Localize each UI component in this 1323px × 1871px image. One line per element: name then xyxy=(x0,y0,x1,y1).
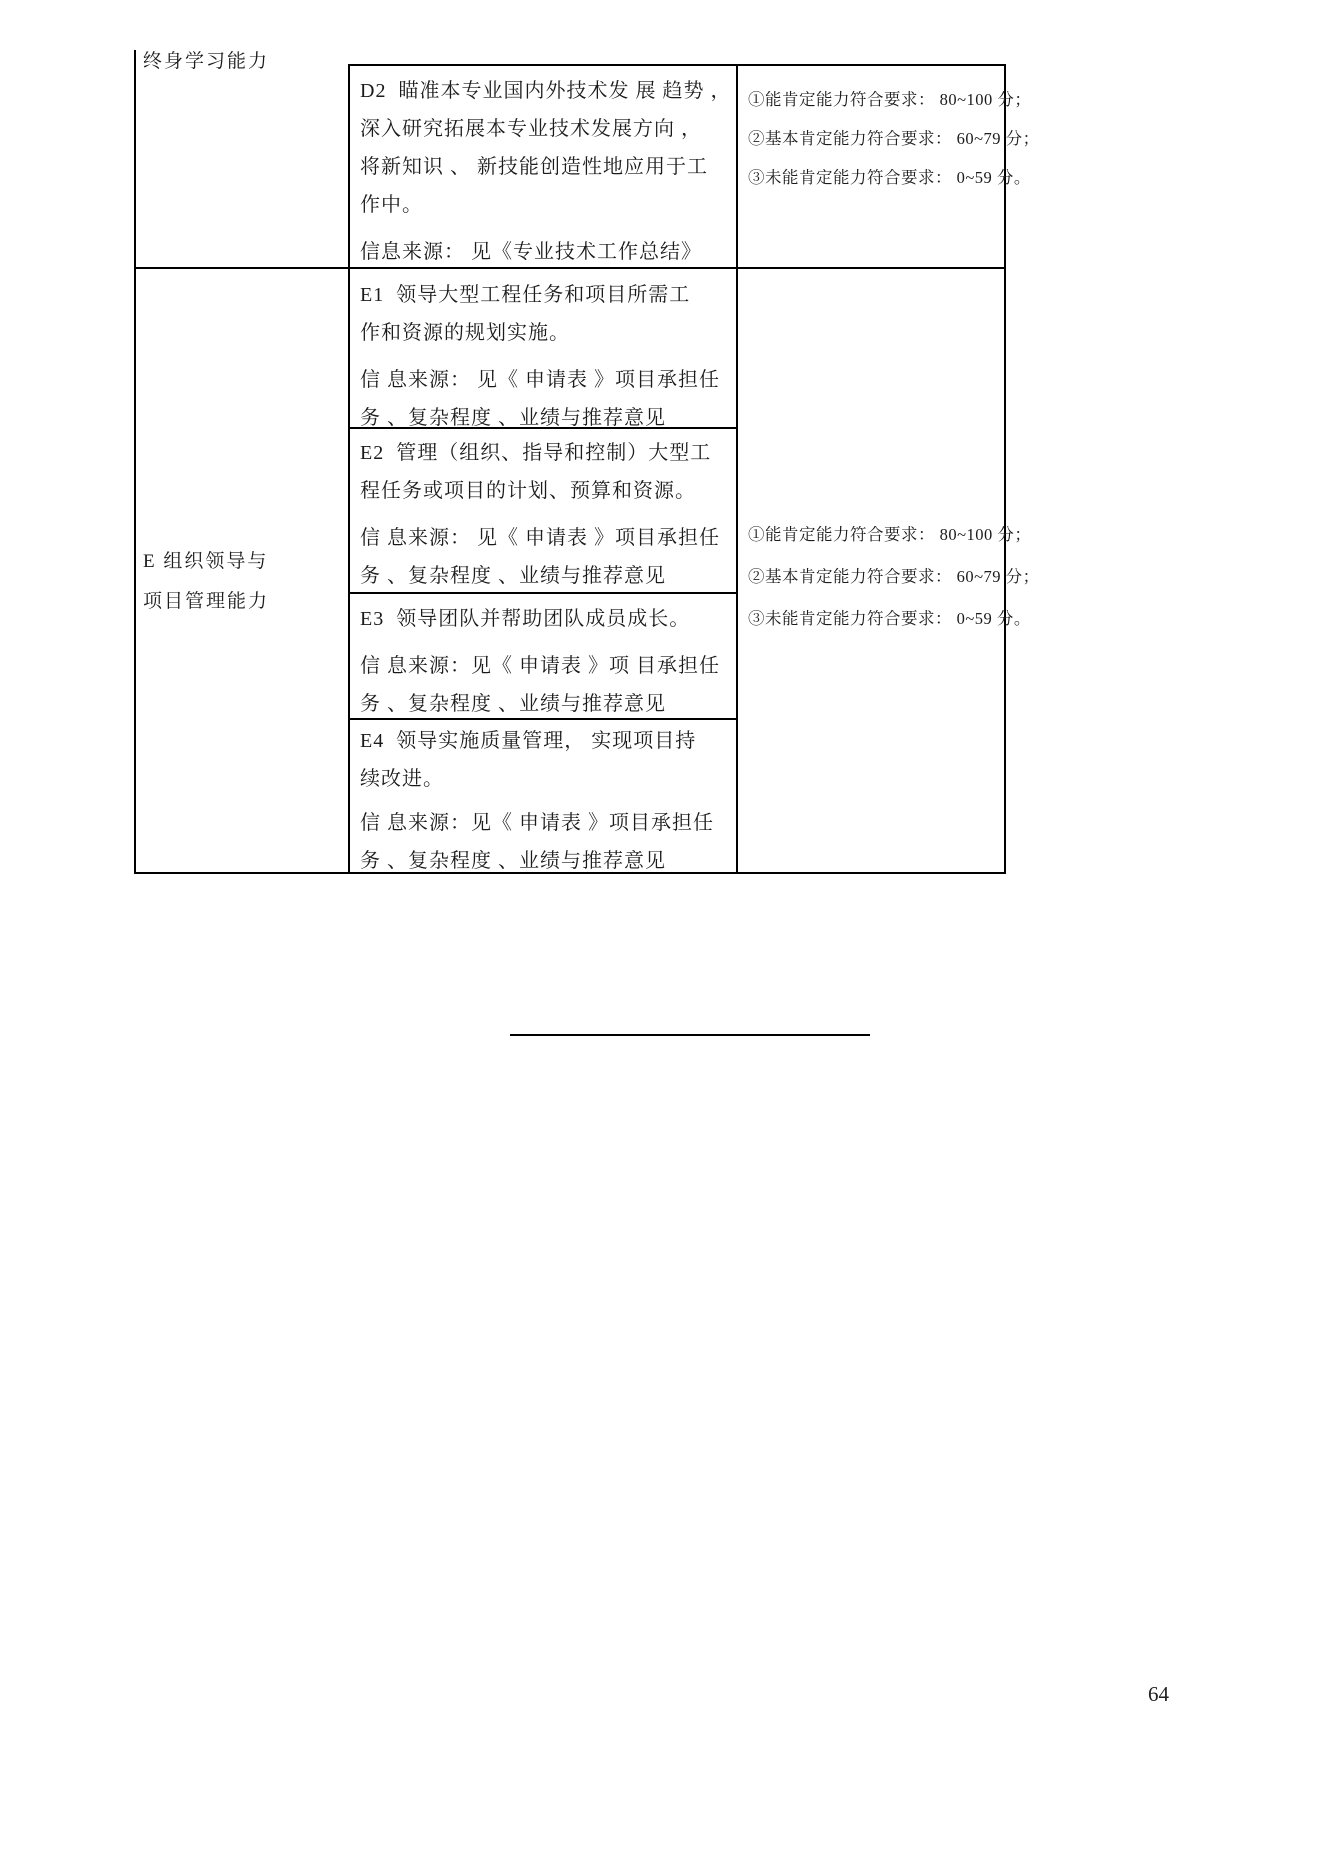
item-text-line: E2 管理（组织、指导和控制）大型工 xyxy=(360,434,732,472)
document-page: 终身学习能力 D2 瞄准本专业国内外技术发 展 趋势 ， 深入研究拓展本专业技术… xyxy=(0,0,1323,1871)
source-text-line: 信 息来源：见《 申请表 》项目承担任 xyxy=(360,804,732,842)
source-text-line: 务 、复杂程度 、业绩与推荐意见 xyxy=(360,399,732,437)
scoring-line: ②基本肯定能力符合要求： 60~79 分； xyxy=(748,556,1002,598)
item-cell-d2: D2 瞄准本专业国内外技术发 展 趋势 ， 深入研究拓展本专业技术发展方向 ， … xyxy=(360,72,732,271)
scoring-cell-e: ①能肯定能力符合要求： 80~100 分； ②基本肯定能力符合要求： 60~79… xyxy=(748,514,1002,640)
scoring-line: ②基本肯定能力符合要求： 60~79 分； xyxy=(748,119,1002,158)
category-cell-leadership: E 组织领导与 项目管理能力 xyxy=(143,542,343,622)
category-cell-lifelong-learning: 终身学习能力 xyxy=(143,42,343,82)
item-text-line: E4 领导实施质量管理， 实现项目持 xyxy=(360,722,732,760)
scoring-line: ①能肯定能力符合要求： 80~100 分； xyxy=(748,80,1002,119)
source-text-line: 信息来源： 见《专业技术工作总结》 xyxy=(360,233,732,271)
category-text-line: 项目管理能力 xyxy=(143,582,343,622)
source-text-line: 务 、复杂程度 、业绩与推荐意见 xyxy=(360,842,732,880)
item-text-line: E1 领导大型工程任务和项目所需工 xyxy=(360,276,732,314)
item-cell-e4: E4 领导实施质量管理， 实现项目持 续改进。 信 息来源：见《 申请表 》项目… xyxy=(360,722,732,880)
item-text-line: 作中。 xyxy=(360,186,732,224)
source-text-line: 务 、复杂程度 、业绩与推荐意见 xyxy=(360,557,732,595)
item-text-line: E3 领导团队并帮助团队成员成长。 xyxy=(360,600,732,638)
page-number: 64 xyxy=(1148,1682,1169,1707)
item-text-line: 将新知识 、 新技能创造性地应用于工 xyxy=(360,148,732,186)
source-text-line: 信 息来源： 见《 申请表 》项目承担任 xyxy=(360,361,732,399)
scoring-line: ③未能肯定能力符合要求： 0~59 分。 xyxy=(748,158,1002,197)
table-subrow-top-border xyxy=(348,64,1006,66)
source-text-line: 务 、复杂程度 、业绩与推荐意见 xyxy=(360,685,732,723)
item-text-line: 续改进。 xyxy=(360,760,732,798)
item-text-line: D2 瞄准本专业国内外技术发 展 趋势 ， xyxy=(360,72,732,110)
scoring-cell-d: ①能肯定能力符合要求： 80~100 分； ②基本肯定能力符合要求： 60~79… xyxy=(748,80,1002,197)
source-text-line: 信 息来源：见《 申请表 》项 目承担任 xyxy=(360,647,732,685)
item-text-line: 程任务或项目的计划、预算和资源。 xyxy=(360,472,732,510)
table-divider-col1 xyxy=(348,64,350,874)
source-text-line: 信 息来源： 见《 申请表 》项目承担任 xyxy=(360,519,732,557)
category-text: 终身学习能力 xyxy=(143,42,343,82)
item-cell-e3: E3 领导团队并帮助团队成员成长。 信 息来源：见《 申请表 》项 目承担任 务… xyxy=(360,600,732,723)
item-text-line: 作和资源的规划实施。 xyxy=(360,314,732,352)
scoring-line: ①能肯定能力符合要求： 80~100 分； xyxy=(748,514,1002,556)
table-divider-col2 xyxy=(736,64,738,874)
scoring-line: ③未能肯定能力符合要求： 0~59 分。 xyxy=(748,598,1002,640)
item-text-line: 深入研究拓展本专业技术发展方向 ， xyxy=(360,110,732,148)
item-cell-e1: E1 领导大型工程任务和项目所需工 作和资源的规划实施。 信 息来源： 见《 申… xyxy=(360,276,732,437)
category-text-line: E 组织领导与 xyxy=(143,542,343,582)
table-border-left xyxy=(134,50,136,874)
footnote-separator-rule xyxy=(510,1034,870,1036)
item-cell-e2: E2 管理（组织、指导和控制）大型工 程任务或项目的计划、预算和资源。 信 息来… xyxy=(360,434,732,595)
